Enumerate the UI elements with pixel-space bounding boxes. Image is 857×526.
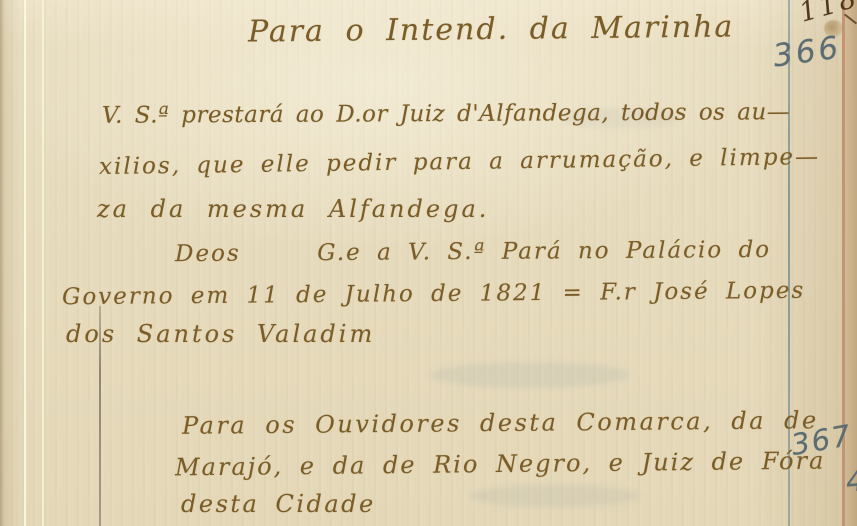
letter-signature-line: dos Santos Valadim	[66, 320, 375, 348]
partial-number-mark: 4	[845, 463, 857, 500]
letter-line: xilios, que elle pedir para a arrumação,…	[99, 144, 820, 180]
paper-crease-line	[24, 0, 26, 526]
letter-valediction-line: Deos G.e a V. S.ª Pará no Palácio do	[175, 237, 771, 267]
ink-bleed-through	[470, 485, 640, 507]
ink-bleed-through	[430, 362, 630, 388]
next-letter-heading-line: Para os Ouvidores desta Comarca, da de	[182, 406, 819, 440]
next-letter-heading-line: desta Cidade	[181, 490, 376, 518]
page-number-pencil-top: 366	[771, 29, 844, 74]
letter-date-signature-line: Governo em 11 de Julho de 1821 = F.r Jos…	[62, 278, 805, 310]
letter-line: V. S.ª prestará ao D.or Juiz d'Alfandega…	[102, 99, 790, 129]
letter-title: Para o Intend. da Marinha	[248, 9, 735, 49]
page-left-edge	[0, 0, 5, 526]
paper-crease-line	[42, 0, 44, 526]
manuscript-page: Para o Intend. da Marinha V. S.ª prestar…	[0, 0, 857, 526]
letter-line: za da mesma Alfandega.	[97, 195, 489, 223]
next-letter-heading-line: Marajó, e da de Rio Negro, e Juiz de Fór…	[175, 447, 826, 482]
